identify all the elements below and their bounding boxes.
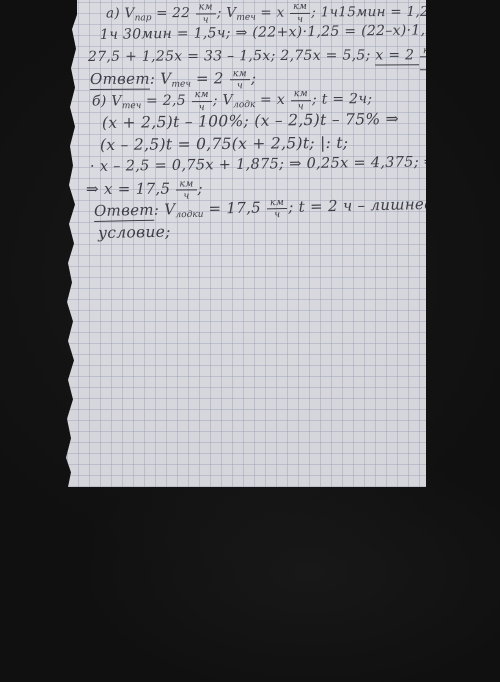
text-segment: = 22 xyxy=(151,5,194,21)
text-segment: (x – 2,5)t = 0,75(x + 2,5)t; |: t; xyxy=(100,134,349,154)
text-segment: б) V xyxy=(92,93,122,109)
text-segment: ; V xyxy=(217,5,237,21)
handwritten-line: · x – 2,5 = 0,75x + 1,875; ⇒ 0,25x = 4,3… xyxy=(90,152,424,179)
handwritten-line: Ответ: Vтеч = 2 кмч; xyxy=(90,67,424,91)
text-segment: ; xyxy=(251,69,256,87)
text-segment: ; xyxy=(197,179,202,197)
fraction-km-per-hour: кмч xyxy=(192,90,212,112)
text-segment: · x – 2,5 = 0,75x + 1,875; ⇒ 0,25x = 4,3… xyxy=(90,154,437,175)
subscript-label: теч xyxy=(122,101,142,111)
text-segment: = 2 xyxy=(191,69,229,87)
text-segment: Ответ xyxy=(90,70,150,90)
fraction-km-per-hour: кмч xyxy=(420,46,440,70)
text-segment: = 17,5 xyxy=(203,198,266,217)
handwritten-line: 1ч 30мин = 1,5ч; ⇒ (22+x)·1,25 = (22–x)·… xyxy=(100,20,424,47)
subscript-label: лодк xyxy=(233,100,255,110)
text-segment: : V xyxy=(154,200,176,218)
handwritten-line: 27,5 + 1,25x = 33 – 1,5x; 2,75x = 5,5; x… xyxy=(88,45,424,69)
text-segment: (x + 2,5)t – 100%; (x – 2,5)t – 75% ⇒ xyxy=(102,110,399,132)
solution-lines: а) Vпар = 22 кмч; Vтеч = x кмч; 1ч15мин … xyxy=(86,3,424,245)
text-segment: x = 2 xyxy=(375,47,419,65)
handwritten-line: условие; xyxy=(98,217,424,245)
fraction-km-per-hour: кмч xyxy=(267,197,288,219)
text-segment: условие; xyxy=(98,223,171,242)
subscript-label: теч xyxy=(236,13,256,23)
text-segment: ; xyxy=(441,47,446,63)
text-segment: : V xyxy=(150,70,172,88)
subscript-label: теч xyxy=(171,79,191,89)
text-segment: = x xyxy=(255,92,290,108)
text-segment: = 2,5 xyxy=(141,93,191,109)
text-segment: Ответ xyxy=(94,201,154,222)
handwritten-line: (x + 2,5)t – 100%; (x – 2,5)t – 75% ⇒ xyxy=(102,109,424,135)
fraction-km-per-hour: кмч xyxy=(176,179,196,201)
fraction-km-per-hour: кмч xyxy=(196,2,216,24)
subscript-label: пар xyxy=(135,13,152,23)
text-segment: 27,5 + 1,25x = 33 – 1,5x; 2,75x = 5,5; xyxy=(88,47,375,65)
squared-paper-sheet: а) Vпар = 22 кмч; Vтеч = x кмч; 1ч15мин … xyxy=(64,0,426,487)
text-segment: ; 1ч15мин = 1,25ч; xyxy=(311,4,451,21)
fraction-km-per-hour: кмч xyxy=(291,89,311,111)
text-segment: ; t = 2ч; xyxy=(312,91,373,108)
subscript-label: лодки xyxy=(175,210,203,221)
text-segment: ; t = 2 ч – лишнее xyxy=(288,195,433,216)
text-segment: ; V xyxy=(213,92,233,108)
photo-background: а) Vпар = 22 кмч; Vтеч = x кмч; 1ч15мин … xyxy=(0,0,500,682)
fraction-km-per-hour: кмч xyxy=(230,69,250,91)
text-segment: 1ч 30мин = 1,5ч; ⇒ (22+x)·1,25 = (22–x)·… xyxy=(100,22,457,43)
text-segment: а) V xyxy=(106,5,135,21)
text-segment: = x xyxy=(256,5,289,21)
text-segment: ⇒ x = 17,5 xyxy=(86,180,175,198)
fraction-km-per-hour: кмч xyxy=(290,2,310,24)
